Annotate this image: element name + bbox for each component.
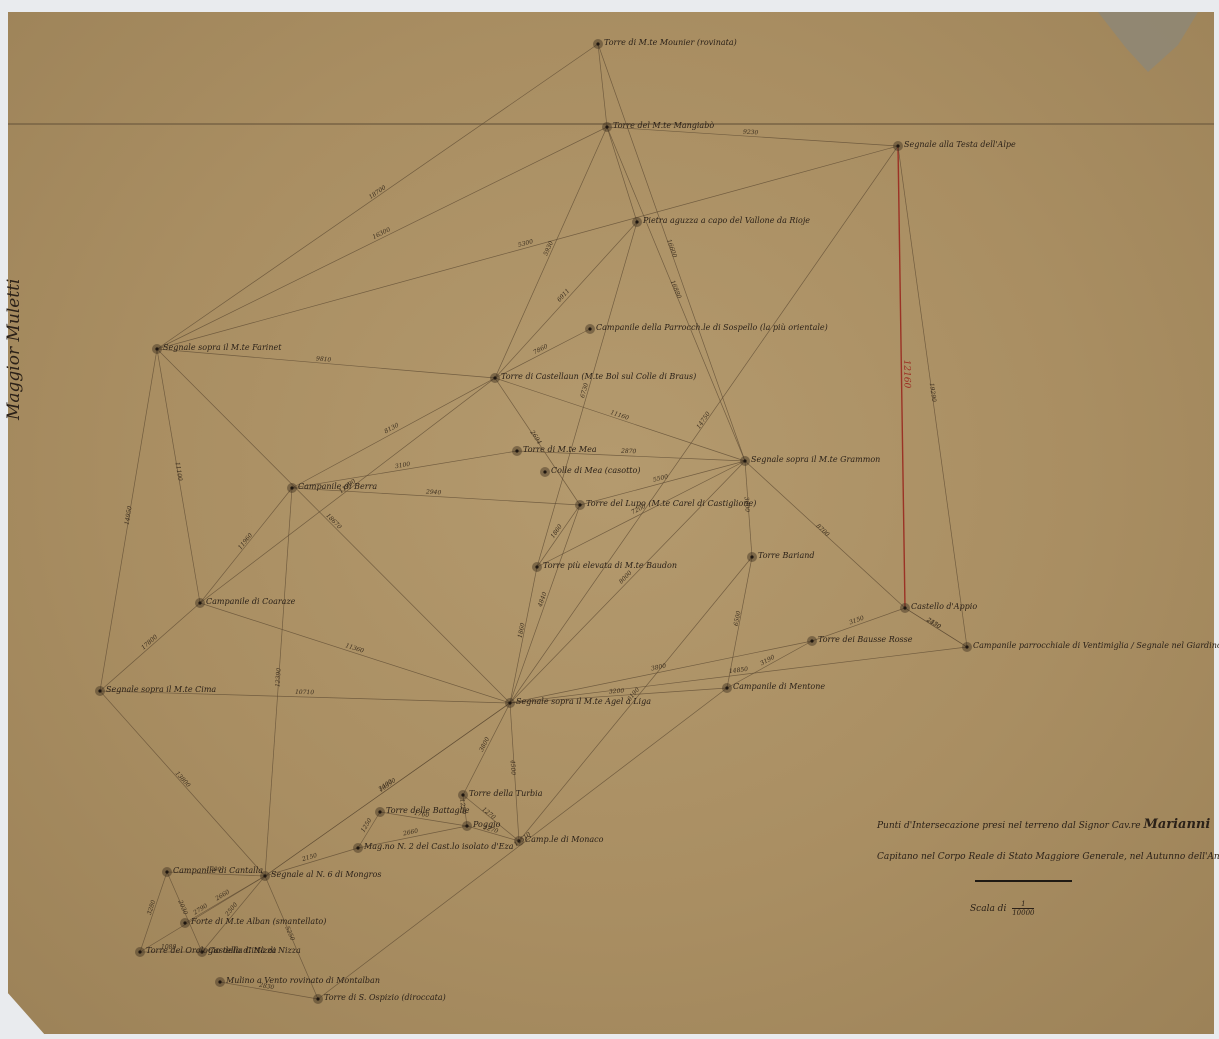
station-label: Colle di Mea (casotto) bbox=[551, 466, 640, 475]
station-label: Poggio bbox=[473, 820, 501, 829]
station-point bbox=[896, 144, 899, 147]
distance-label: 4500 bbox=[508, 760, 516, 776]
scale-denominator: 10000 bbox=[1012, 909, 1034, 917]
sight-line bbox=[727, 641, 812, 688]
sight-line bbox=[537, 461, 745, 567]
title-underline bbox=[975, 880, 1072, 882]
title-prefix: Punti d'Intersecazione presi nel terreno… bbox=[877, 821, 1141, 831]
station-point bbox=[378, 810, 381, 813]
station-label: Segnale sopra il M.te Grammon bbox=[751, 455, 880, 464]
sight-line bbox=[537, 505, 580, 567]
distance-label: 12160 bbox=[901, 360, 911, 389]
station-point bbox=[605, 125, 608, 128]
distance-label: 3200 bbox=[608, 687, 624, 695]
station-label: Campanile di Berra bbox=[298, 482, 377, 491]
station-label: Camp.le di Monaco bbox=[525, 835, 603, 844]
station-point bbox=[725, 686, 728, 689]
station-point bbox=[508, 701, 511, 704]
station-label: Torre Bariand bbox=[758, 551, 815, 560]
station-label: Torre delle Battaglie bbox=[386, 806, 470, 815]
station-point bbox=[465, 824, 468, 827]
station-label: Torre di Castellaun (M.te Bol sul Colle … bbox=[501, 372, 696, 381]
station-label: Campanile della Parrocch.le di Sospello … bbox=[596, 323, 828, 332]
station-label: Torre di M.te Mea bbox=[523, 445, 597, 454]
sight-line bbox=[510, 641, 812, 703]
station-label: Torre della Turbia bbox=[469, 789, 543, 798]
sight-line bbox=[495, 127, 607, 378]
sight-line bbox=[157, 146, 898, 349]
station-label: Mulino a Vento rovinato di Montalban bbox=[226, 976, 380, 985]
sight-line bbox=[495, 222, 637, 378]
station-label: Campanile di Mentone bbox=[733, 682, 825, 691]
station-point bbox=[198, 601, 201, 604]
sight-line bbox=[495, 329, 590, 378]
station-point bbox=[578, 503, 581, 506]
sight-line bbox=[202, 876, 265, 952]
station-point bbox=[165, 870, 168, 873]
station-label: Torre di S. Ospizio (diroccata) bbox=[324, 993, 446, 1002]
station-label: Torre del M.te Mangiabò bbox=[613, 121, 714, 130]
station-label: Torre più elevata di M.te Baudon bbox=[543, 561, 677, 570]
station-point bbox=[903, 606, 906, 609]
station-label: Pietra aguzza a capo del Vallone da Rioj… bbox=[643, 216, 810, 225]
distance-label: 9230 bbox=[742, 128, 758, 136]
sight-line bbox=[100, 603, 200, 691]
sight-line bbox=[157, 349, 495, 378]
distance-label: 10710 bbox=[295, 689, 314, 697]
triangulation-network bbox=[0, 0, 1219, 1039]
scale-numerator: 1 bbox=[1012, 900, 1034, 909]
station-point bbox=[356, 846, 359, 849]
station-point bbox=[183, 921, 186, 924]
station-label: Segnale sopra il M.te Farinet bbox=[163, 343, 281, 352]
station-point bbox=[750, 555, 753, 558]
station-label: Torre del Lupo (M.te Carel di Castiglion… bbox=[586, 499, 756, 508]
distance-label: 9810 bbox=[316, 355, 332, 363]
station-point bbox=[810, 639, 813, 642]
station-label: Torre dei Bausse Rosse bbox=[818, 635, 913, 644]
station-point bbox=[218, 980, 221, 983]
scale-label: Scala di 1 10000 bbox=[970, 900, 1034, 917]
surveyor-name: Marianni bbox=[1143, 817, 1210, 832]
distance-label: 12390 bbox=[274, 668, 282, 688]
station-point bbox=[155, 347, 158, 350]
station-point bbox=[588, 327, 591, 330]
sight-line bbox=[140, 876, 265, 952]
station-label: Campanile parrocchiale di Ventimiglia / … bbox=[973, 641, 1219, 650]
station-point bbox=[290, 486, 293, 489]
distance-label: 2940 bbox=[426, 488, 442, 496]
station-point bbox=[596, 42, 599, 45]
station-point bbox=[461, 793, 464, 796]
scale-text: Scala di bbox=[970, 904, 1006, 914]
station-point bbox=[98, 689, 101, 692]
map-title-line-2: Capitano nel Corpo Reale di Stato Maggio… bbox=[877, 852, 1219, 862]
sight-line bbox=[200, 603, 510, 703]
station-label: Segnale al N. 6 di Mongros bbox=[271, 870, 381, 879]
sight-line bbox=[463, 703, 510, 795]
station-label: Forte di M.te Alban (smantellato) bbox=[191, 917, 326, 926]
station-point bbox=[535, 565, 538, 568]
station-label: Castello di Nizza bbox=[208, 946, 276, 955]
station-point bbox=[515, 449, 518, 452]
station-point bbox=[543, 470, 546, 473]
station-label: Campanile di Cantalla bbox=[173, 866, 263, 875]
scale-fraction: 1 10000 bbox=[1012, 900, 1034, 917]
sight-line bbox=[157, 127, 607, 349]
sight-line bbox=[510, 647, 967, 703]
station-point bbox=[138, 950, 141, 953]
station-label: Segnale alla Testa dell'Alpe bbox=[904, 140, 1016, 149]
station-label: Segnale sopra il M.te Cima bbox=[106, 685, 216, 694]
station-point bbox=[965, 645, 968, 648]
side-annotation: Maggior Muletti bbox=[4, 279, 24, 420]
station-label: Castello d'Appio bbox=[911, 602, 977, 611]
station-label: Torre di M.te Mounier (rovinata) bbox=[604, 38, 737, 47]
station-label: Segnale sopra il M.te Agel a Liga bbox=[516, 697, 651, 706]
map-title-line-1: Punti d'Intersecazione presi nel terreno… bbox=[877, 817, 1210, 832]
distance-label: 2870 bbox=[621, 448, 637, 456]
station-point bbox=[635, 220, 638, 223]
station-label: Mag.no N. 2 del Cast.lo isolato d'Eza bbox=[364, 842, 514, 851]
sight-line bbox=[510, 505, 580, 703]
station-point bbox=[493, 376, 496, 379]
station-point bbox=[263, 874, 266, 877]
sight-line bbox=[510, 461, 745, 703]
station-label: Campanile di Coaraze bbox=[206, 597, 295, 606]
station-point bbox=[743, 459, 746, 462]
station-point bbox=[316, 997, 319, 1000]
